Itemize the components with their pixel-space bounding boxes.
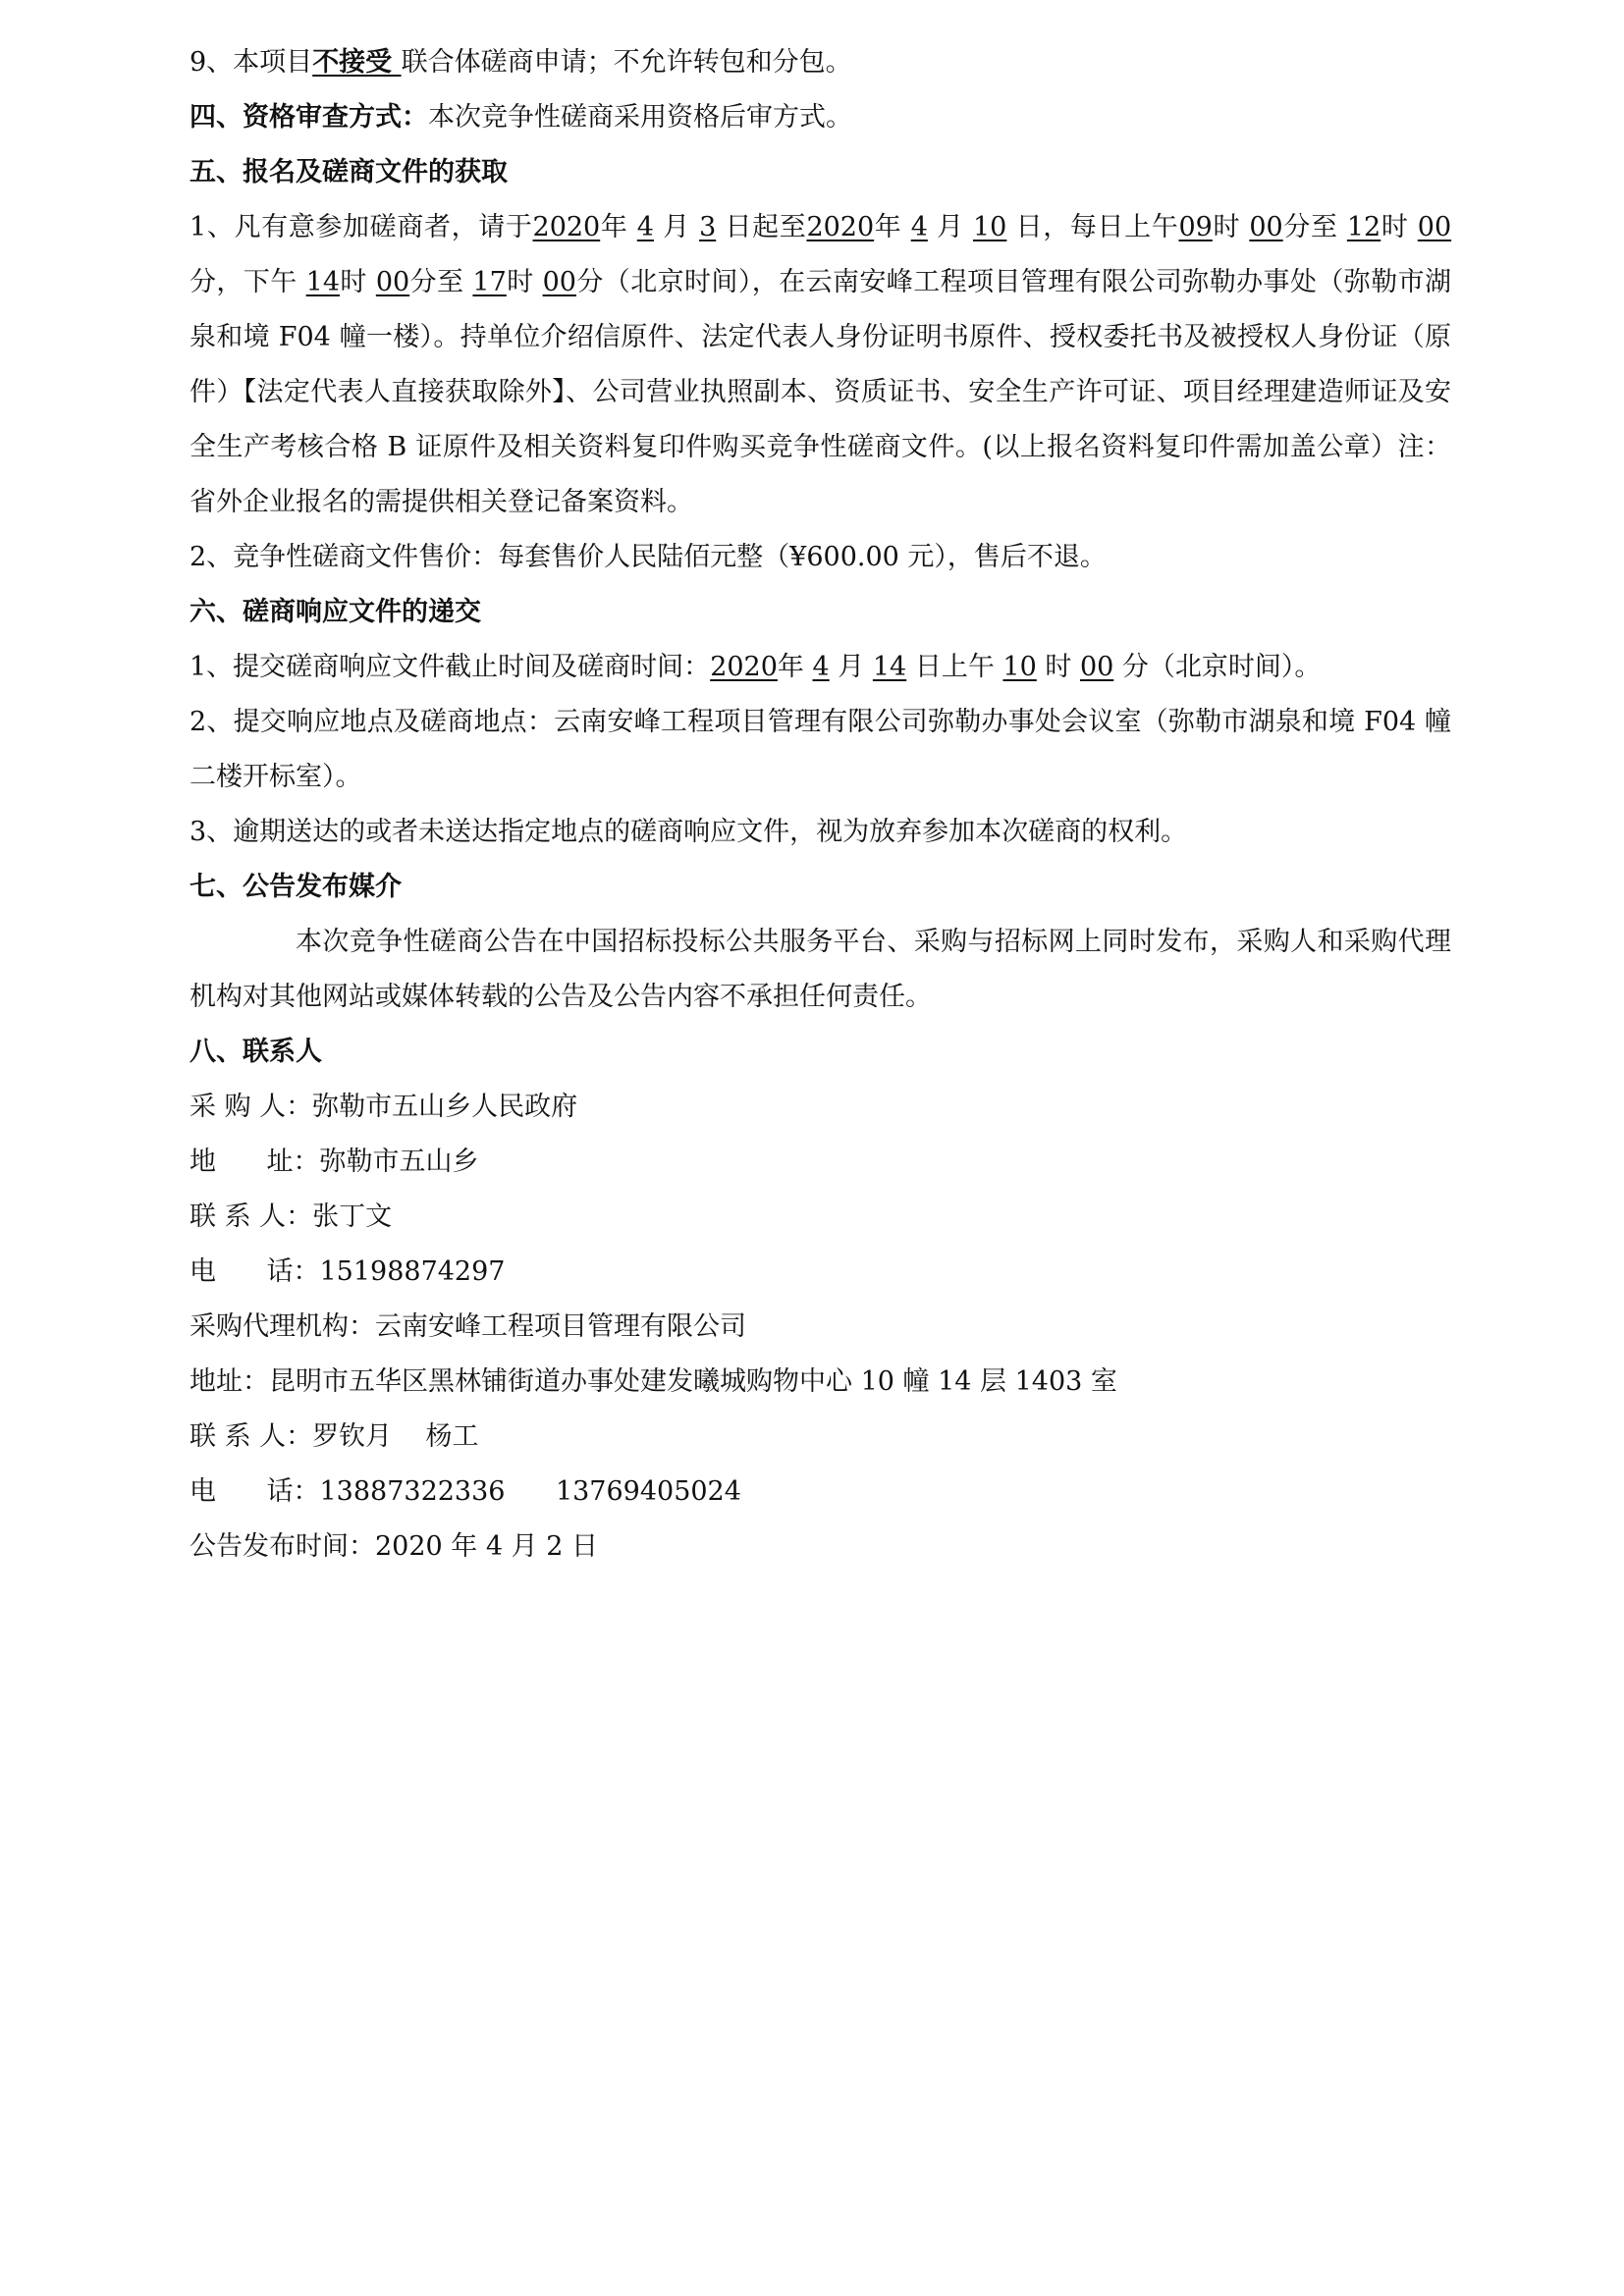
agency-address: 地址：昆明市五华区黑林铺街道办事处建发曦城购物中心 10 幢 14 层 1403… bbox=[189, 1355, 1451, 1410]
text: 分至 bbox=[409, 267, 463, 297]
deadline-month: 4 bbox=[813, 652, 830, 682]
agency-name-value: 云南安峰工程项目管理有限公司 bbox=[375, 1311, 746, 1342]
text: 时 bbox=[340, 267, 367, 297]
agency-name-label: 采购代理机构： bbox=[189, 1311, 375, 1342]
text: 1、凡有意参加磋商者，请于 bbox=[189, 212, 533, 242]
agency-phone-value: 13887322336 13769405024 bbox=[320, 1476, 741, 1507]
purchaser-name: 采 购 人：弥勒市五山乡人民政府 bbox=[189, 1080, 1451, 1135]
am-start-minute: 00 bbox=[1249, 212, 1282, 242]
am-start-hour: 09 bbox=[1178, 212, 1212, 242]
text: 时 bbox=[507, 267, 534, 297]
text: 时 bbox=[1380, 212, 1408, 242]
text: 月 bbox=[838, 652, 864, 682]
start-month: 4 bbox=[637, 212, 654, 242]
agency-contact: 联 系 人：罗钦月 杨工 bbox=[189, 1410, 1451, 1465]
clause-9-emphasis: 不接受 bbox=[312, 47, 401, 78]
section-5-item-1: 1、凡有意参加磋商者，请于2020年 4 月 3 日起至2020年 4 月 10… bbox=[189, 200, 1451, 530]
agency-address-label: 地址： bbox=[189, 1366, 269, 1397]
publish-date-label: 公告发布时间： bbox=[189, 1531, 375, 1562]
agency-phone: 电 话：13887322336 13769405024 bbox=[189, 1465, 1451, 1520]
purchaser-address-label: 地 址： bbox=[189, 1147, 320, 1177]
text: 月 bbox=[663, 212, 690, 242]
text: 年 bbox=[778, 652, 804, 682]
section-6-item-3: 3、逾期送达的或者未送达指定地点的磋商响应文件，视为放弃参加本次磋商的权利。 bbox=[189, 805, 1451, 860]
purchaser-address-value: 弥勒市五山乡 bbox=[320, 1147, 479, 1177]
document-page: 9、本项目不接受 联合体磋商申请；不允许转包和分包。 四、资格审查方式：本次竞争… bbox=[189, 35, 1451, 1575]
clause-9: 9、本项目不接受 联合体磋商申请；不允许转包和分包。 bbox=[189, 35, 1451, 90]
pm-start-hour: 14 bbox=[306, 267, 340, 297]
text: 月 bbox=[937, 212, 964, 242]
section-7-heading: 七、公告发布媒介 bbox=[189, 860, 1451, 915]
agency-phone-label: 电 话： bbox=[189, 1476, 320, 1507]
agency-address-value: 昆明市五华区黑林铺街道办事处建发曦城购物中心 10 幢 14 层 1403 室 bbox=[269, 1366, 1117, 1397]
purchaser-phone-value: 15198874297 bbox=[320, 1256, 506, 1287]
section-4: 四、资格审查方式：本次竞争性磋商采用资格后审方式。 bbox=[189, 90, 1451, 145]
section-5-heading: 五、报名及磋商文件的获取 bbox=[189, 145, 1451, 200]
text: 日，每日上午 bbox=[1016, 212, 1179, 242]
end-month: 4 bbox=[911, 212, 928, 242]
text: 分至 bbox=[1283, 212, 1338, 242]
section-8-heading: 八、联系人 bbox=[189, 1025, 1451, 1080]
am-end-minute: 00 bbox=[1418, 212, 1451, 242]
purchaser-contact-value: 张丁文 bbox=[312, 1201, 392, 1232]
deadline-minute: 00 bbox=[1080, 652, 1113, 682]
purchaser-address: 地 址：弥勒市五山乡 bbox=[189, 1135, 1451, 1190]
deadline-day: 14 bbox=[873, 652, 906, 682]
purchaser-name-value: 弥勒市五山乡人民政府 bbox=[312, 1092, 577, 1122]
publish-date-value: 2020 年 4 月 2 日 bbox=[375, 1531, 598, 1562]
deadline-year: 2020 bbox=[710, 652, 778, 682]
purchaser-contact-label: 联 系 人： bbox=[189, 1201, 312, 1232]
section-6-item-1: 1、提交磋商响应文件截止时间及磋商时间：2020年 4 月 14 日上午 10 … bbox=[189, 640, 1451, 695]
text: 时 bbox=[1045, 652, 1071, 682]
purchaser-name-label: 采 购 人： bbox=[189, 1092, 312, 1122]
text: 日起至 bbox=[726, 212, 807, 242]
am-end-hour: 12 bbox=[1347, 212, 1380, 242]
pm-end-hour: 17 bbox=[472, 267, 506, 297]
end-day: 10 bbox=[973, 212, 1006, 242]
text: 年 bbox=[600, 212, 627, 242]
agency-name: 采购代理机构：云南安峰工程项目管理有限公司 bbox=[189, 1300, 1451, 1355]
section-4-heading: 四、资格审查方式： bbox=[189, 102, 428, 133]
agency-contact-value: 罗钦月 杨工 bbox=[312, 1421, 478, 1452]
purchaser-contact: 联 系 人：张丁文 bbox=[189, 1190, 1451, 1245]
text: 时 bbox=[1213, 212, 1240, 242]
text: 分，下午 bbox=[189, 267, 298, 297]
pm-end-minute: 00 bbox=[543, 267, 576, 297]
start-day: 3 bbox=[699, 212, 716, 242]
section-7-text: 本次竞争性磋商公告在中国招标投标公共服务平台、采购与招标网上同时发布，采购人和采… bbox=[189, 915, 1451, 1025]
pm-start-minute: 00 bbox=[376, 267, 409, 297]
section-5-item-2: 2、竞争性磋商文件售价：每套售价人民陆佰元整（¥600.00 元），售后不退。 bbox=[189, 530, 1451, 585]
purchaser-phone-label: 电 话： bbox=[189, 1256, 320, 1287]
purchaser-phone: 电 话：15198874297 bbox=[189, 1245, 1451, 1300]
clause-9-prefix: 9、本项目 bbox=[189, 47, 312, 78]
end-year: 2020 bbox=[806, 212, 874, 242]
section-6-heading: 六、磋商响应文件的递交 bbox=[189, 585, 1451, 640]
deadline-hour: 10 bbox=[1002, 652, 1036, 682]
start-year: 2020 bbox=[533, 212, 601, 242]
agency-contact-label: 联 系 人： bbox=[189, 1421, 312, 1452]
section-6-item-2: 2、提交响应地点及磋商地点：云南安峰工程项目管理有限公司弥勒办事处会议室（弥勒市… bbox=[189, 695, 1451, 805]
text: 分（北京时间），在云南安峰工程项目管理有限公司弥勒办事处（弥勒市湖泉和境 F04… bbox=[189, 267, 1451, 517]
text: 日上午 bbox=[915, 652, 995, 682]
text: 年 bbox=[874, 212, 901, 242]
clause-9-suffix: 联合体磋商申请；不允许转包和分包。 bbox=[402, 47, 852, 78]
publish-date: 公告发布时间：2020 年 4 月 2 日 bbox=[189, 1520, 1451, 1575]
section-4-text: 本次竞争性磋商采用资格后审方式。 bbox=[428, 102, 852, 133]
text: 分（北京时间）。 bbox=[1122, 652, 1322, 682]
text: 1、提交磋商响应文件截止时间及磋商时间： bbox=[189, 652, 710, 682]
